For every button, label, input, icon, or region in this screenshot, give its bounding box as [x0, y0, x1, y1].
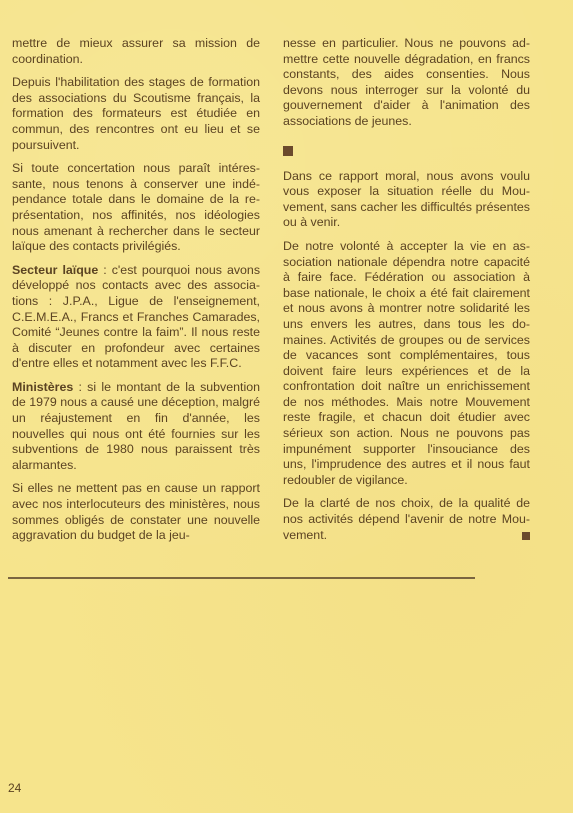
secteur-laique-heading: Secteur laïque — [12, 263, 98, 277]
paragraph-coordination: mettre de mieux assurer sa mission de co… — [12, 36, 260, 67]
horizontal-rule — [8, 577, 475, 579]
paragraph-formation: Depuis l'habilitation des stages de form… — [12, 75, 260, 153]
section-square-icon — [283, 146, 293, 156]
right-column: nesse en particulier. Nous ne pouvons ad… — [283, 36, 530, 551]
paragraph-budget: Si elles ne mettent pas en cause un rapp… — [12, 481, 260, 543]
page-number: 24 — [8, 781, 21, 795]
document-page: mettre de mieux assurer sa mission de co… — [0, 0, 573, 813]
paragraph-ministeres: Ministères : si le montant de la subvent… — [12, 380, 260, 474]
ministeres-heading: Ministères — [12, 380, 73, 394]
paragraph-rapport-moral: Dans ce rapport moral, nous avons voulu … — [283, 169, 530, 231]
paragraph-jeunesse: nesse en particulier. Nous ne pouvons ad… — [283, 36, 530, 130]
left-column: mettre de mieux assurer sa mission de co… — [12, 36, 260, 552]
paragraph-volonte: De notre volonté à accepter la vie en as… — [283, 239, 530, 489]
paragraph-conclusion: De la clarté de nos choix, de la qualité… — [283, 496, 530, 543]
paragraph-secteur-laique: Secteur laïque : c'est pourquoi nous avo… — [12, 263, 260, 372]
conclusion-text: De la clarté de nos choix, de la qualité… — [283, 496, 530, 541]
paragraph-concertation: Si toute concertation nous paraît intére… — [12, 161, 260, 255]
end-square-icon — [522, 532, 530, 540]
secteur-laique-text: : c'est pourquoi nous avons développé no… — [12, 263, 260, 371]
